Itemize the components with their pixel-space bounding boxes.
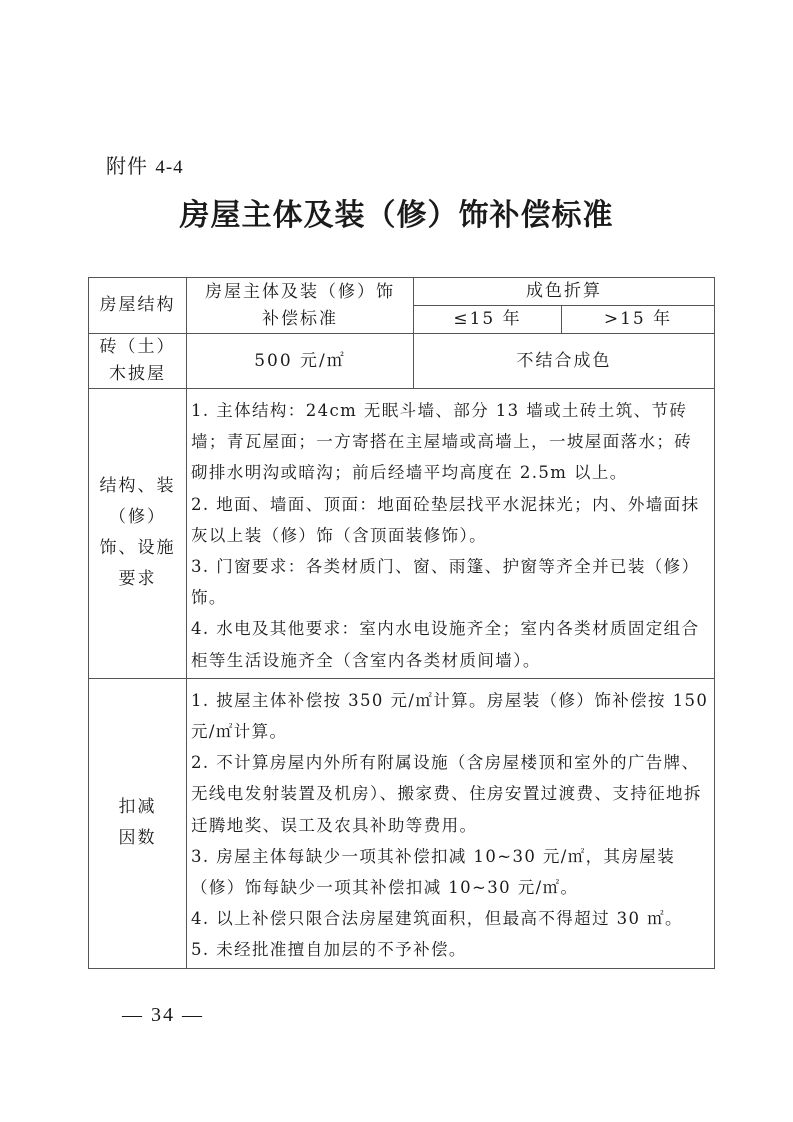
requirement-item: 3. 门窗要求：各类材质门、窗、雨篷、护窗等齐全并已装（修）饰。	[191, 551, 710, 613]
header-standard: 房屋主体及装（修）饰补偿标准	[187, 278, 414, 334]
header-structure: 房屋结构	[89, 278, 187, 334]
header-depreciation-text: 成色折算	[526, 281, 602, 301]
cell-standard-text: 500 元/㎡	[254, 351, 346, 371]
document-title: 房屋主体及装（修）饰补偿标准	[0, 190, 793, 234]
deduction-item: 4. 以上补偿只限合法房屋建筑面积，但最高不得超过 30 ㎡。	[191, 903, 710, 934]
cell-standard: 500 元/㎡	[187, 334, 414, 389]
deductions-row: 扣减因数 1. 披屋主体补偿按 350 元/㎡计算。房屋装（修）饰补偿按 150…	[89, 678, 715, 968]
compensation-standard-table: 房屋结构 房屋主体及装（修）饰补偿标准 成色折算 ≤15 年 >15 年 砖（土…	[88, 277, 715, 969]
header-standard-text: 房屋主体及装（修）饰补偿标准	[205, 282, 395, 329]
deduction-item: 3. 房屋主体每缺少一项其补偿扣减 10~30 元/㎡，其房屋装（修）饰每缺少一…	[191, 841, 710, 903]
requirement-item: 1. 主体结构：24cm 无眠斗墙、部分 13 墙或土砖土筑、节砖墙；青瓦屋面；…	[191, 395, 710, 489]
attachment-label: 附件 4-4	[106, 150, 184, 179]
deduction-item: 2. 不计算房屋内外所有附属设施（含房屋楼顶和室外的广告牌、无线电发射装置及机房…	[191, 747, 710, 841]
requirements-body: 1. 主体结构：24cm 无眠斗墙、部分 13 墙或土砖土筑、节砖墙；青瓦屋面；…	[187, 389, 715, 679]
cell-depreciation-text: 不结合成色	[517, 351, 612, 371]
header-gt15: >15 年	[562, 306, 715, 334]
cell-structure-text: 砖（土）木披屋	[100, 337, 176, 384]
page-number: — 34 —	[122, 1004, 204, 1027]
header-le15: ≤15 年	[414, 306, 562, 334]
header-structure-text: 房屋结构	[100, 295, 176, 315]
requirements-row: 结构、装（修）饰、设施要求 1. 主体结构：24cm 无眠斗墙、部分 13 墙或…	[89, 389, 715, 679]
requirements-label: 结构、装（修）饰、设施要求	[89, 389, 187, 679]
requirement-item: 4. 水电及其他要求：室内水电设施齐全；室内各类材质固定组合柜等生活设施齐全（含…	[191, 613, 710, 675]
deductions-label: 扣减因数	[89, 678, 187, 968]
deduction-item: 5. 未经批准擅自加层的不予补偿。	[191, 934, 710, 965]
header-depreciation: 成色折算	[414, 278, 715, 306]
header-le15-text: ≤15 年	[453, 309, 521, 329]
requirement-item: 2. 地面、墙面、顶面：地面砼垫层找平水泥抹光；内、外墙面抹灰以上装（修）饰（含…	[191, 489, 710, 551]
deductions-body: 1. 披屋主体补偿按 350 元/㎡计算。房屋装（修）饰补偿按 150 元/㎡计…	[187, 678, 715, 968]
requirements-label-text: 结构、装（修）饰、设施要求	[100, 476, 176, 589]
cell-depreciation: 不结合成色	[414, 334, 715, 389]
header-gt15-text: >15 年	[604, 309, 672, 329]
deduction-item: 1. 披屋主体补偿按 350 元/㎡计算。房屋装（修）饰补偿按 150 元/㎡计…	[191, 685, 710, 747]
cell-structure: 砖（土）木披屋	[89, 334, 187, 389]
deductions-label-text: 扣减因数	[119, 797, 157, 848]
table-header-row: 房屋结构 房屋主体及装（修）饰补偿标准 成色折算	[89, 278, 715, 306]
table-row: 砖（土）木披屋 500 元/㎡ 不结合成色	[89, 334, 715, 389]
attachment-number: 4-4	[155, 157, 183, 178]
attachment-label-text: 附件	[106, 154, 148, 178]
